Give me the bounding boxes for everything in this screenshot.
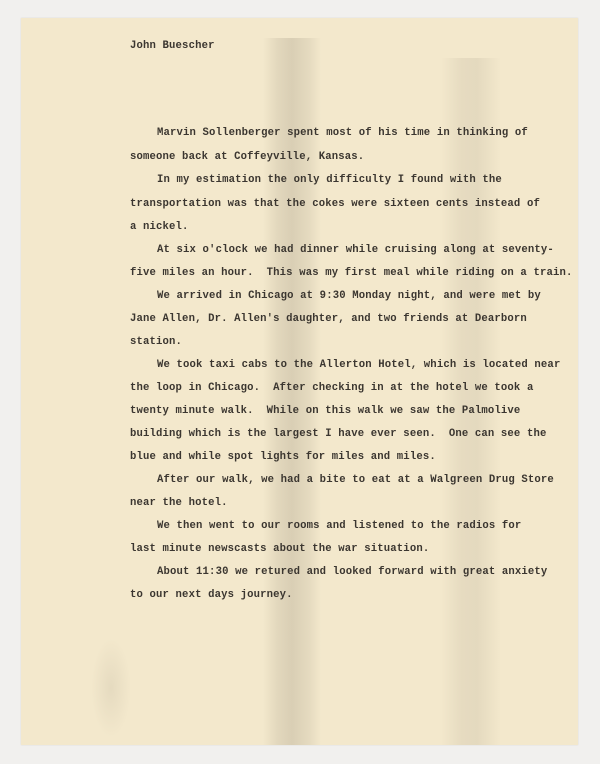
text-line: We took taxi cabs to the Allerton Hotel,…	[157, 359, 560, 371]
text-line: At six o'clock we had dinner while cruis…	[157, 244, 554, 256]
text-line: We arrived in Chicago at 9:30 Monday nig…	[157, 290, 541, 302]
text-line: five miles an hour. This was my first me…	[130, 267, 573, 279]
typed-text-body: John Buescher Marvin Sollenberger spent …	[21, 18, 47, 318]
text-line: Marvin Sollenberger spent most of his ti…	[157, 127, 528, 139]
text-line: After our walk, we had a bite to eat at …	[157, 474, 554, 486]
text-line: someone back at Coffeyville, Kansas.	[130, 151, 364, 163]
paper-smudge	[441, 58, 501, 745]
text-line: near the hotel.	[130, 497, 228, 509]
document-page: John Buescher Marvin Sollenberger spent …	[21, 18, 578, 745]
text-line: transportation was that the cokes were s…	[130, 198, 540, 210]
text-line: blue and while spot lights for miles and…	[130, 451, 436, 463]
text-line: station.	[130, 336, 182, 348]
text-line: About 11:30 we retured and looked forwar…	[157, 566, 547, 578]
text-line: twenty minute walk. While on this walk w…	[130, 405, 520, 417]
text-line: last minute newscasts about the war situ…	[130, 543, 429, 555]
text-line: We then went to our rooms and listened t…	[157, 520, 521, 532]
paper-smudge	[91, 638, 131, 738]
author-name: John Buescher	[130, 40, 215, 52]
text-line: a nickel.	[130, 221, 189, 233]
text-line: building which is the largest I have eve…	[130, 428, 546, 440]
text-line: the loop in Chicago. After checking in a…	[130, 382, 533, 394]
text-line: to our next days journey.	[130, 589, 293, 601]
text-line: In my estimation the only difficulty I f…	[157, 174, 502, 186]
text-line: Jane Allen, Dr. Allen's daughter, and tw…	[130, 313, 527, 325]
